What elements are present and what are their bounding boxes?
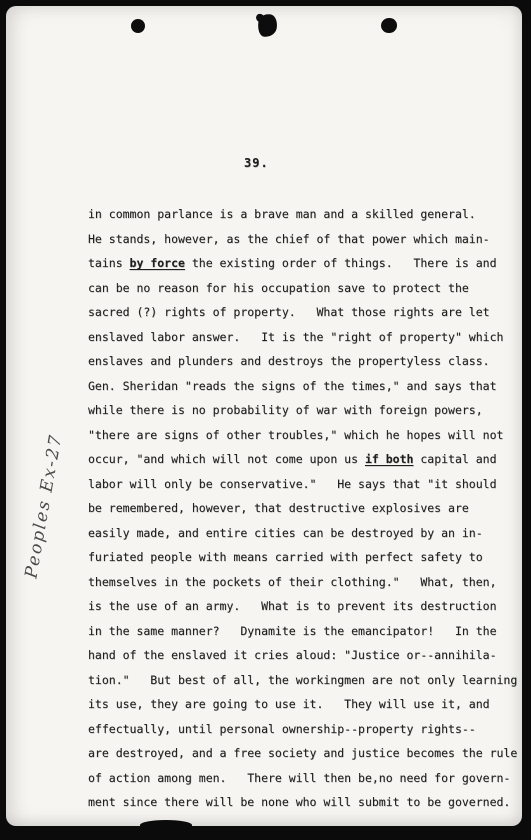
text-line: can be no reason for his occupation save…: [88, 276, 528, 301]
text-line: tains by force the existing order of thi…: [88, 251, 528, 276]
text-line: is the use of an army. What is to preven…: [88, 594, 528, 619]
text-line: labor will only be conservative." He say…: [88, 472, 528, 497]
text-line: enslaved labor answer. It is the "right …: [88, 325, 528, 350]
text-line: enslaves and plunders and destroys the p…: [88, 349, 528, 374]
text-line: effectually, until personal ownership--p…: [88, 717, 528, 742]
text-line: tion." But best of all, the workingmen a…: [88, 668, 528, 693]
document-page: 39. in common parlance is a brave man an…: [6, 6, 522, 826]
text-line: He stands, however, as the chief of that…: [88, 227, 528, 252]
page-number: 39.: [244, 156, 269, 170]
text-line: easily made, and entire cities can be de…: [88, 521, 528, 546]
text-line: themselves in the pockets of their cloth…: [88, 570, 528, 595]
text-line: be remembered, however, that destructive…: [88, 496, 528, 521]
text-line: furiated people with means carried with …: [88, 545, 528, 570]
text-line: "there are signs of other troubles," whi…: [88, 423, 528, 448]
punch-hole-right-icon: [381, 18, 397, 33]
text-line: hand of the enslaved it cries aloud: "Ju…: [88, 643, 528, 668]
text-line: sacred (?) rights of property. What thos…: [88, 300, 528, 325]
ink-blot-center-icon: [256, 13, 278, 38]
text-line: Gen. Sheridan "reads the signs of the ti…: [88, 374, 528, 399]
text-line: are destroyed, and a free society and ju…: [88, 741, 528, 766]
exhibit-annotation: Peoples Ex-27: [19, 416, 70, 597]
scan-edge-blemish: [140, 820, 192, 830]
text-line: while there is no probability of war wit…: [88, 398, 528, 423]
text-line: ment since there will be none who will s…: [88, 790, 528, 815]
text-line: in the same manner? Dynamite is the eman…: [88, 619, 528, 644]
text-line: occur, "and which will not come upon us …: [88, 447, 528, 472]
typewritten-text: in common parlance is a brave man and a …: [88, 202, 528, 815]
scanned-document-frame: 39. in common parlance is a brave man an…: [0, 0, 531, 840]
text-line: its use, they are going to use it. They …: [88, 692, 528, 717]
text-line: of action among men. There will then be,…: [88, 766, 528, 791]
punch-hole-left-icon: [131, 19, 145, 33]
text-line: in common parlance is a brave man and a …: [88, 202, 528, 227]
